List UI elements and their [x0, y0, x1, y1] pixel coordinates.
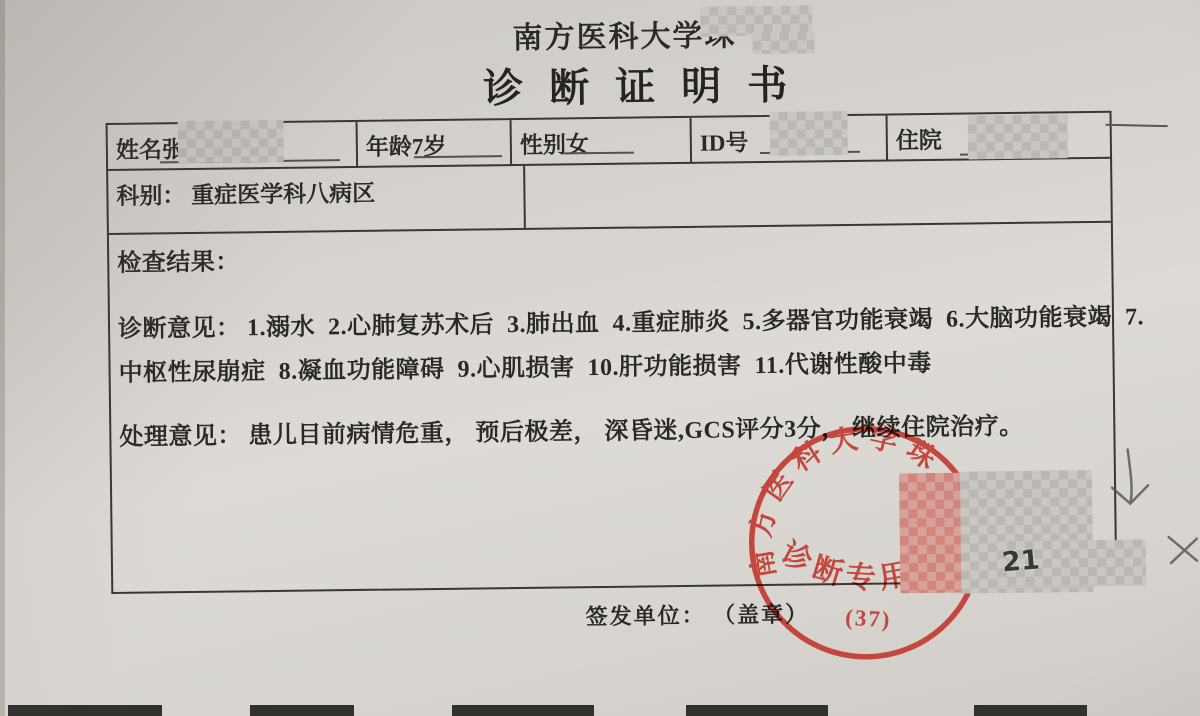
redaction-patch-id — [769, 111, 848, 156]
handwriting-marks — [1100, 441, 1200, 577]
stamp-number: (37) — [845, 605, 893, 633]
age-cell: 年龄7岁 — [358, 120, 513, 166]
redaction-patch-header2 — [752, 31, 814, 54]
certificate-title: 诊 断 证 明 书 — [483, 54, 796, 115]
dates-cell: 入院日期： 2021年08月03日 出院日期： — [525, 159, 1111, 228]
photo-edge-segment — [8, 705, 162, 716]
photo-edge-segment — [686, 705, 828, 716]
diagnosis-text-line2: 中枢性尿崩症 8.凝血功能障碍 9.心肌损害 10.肝功能损害 11.代谢性酸中… — [118, 343, 932, 388]
department-cell: 科别： 重症医学科八病区 — [108, 166, 526, 233]
photo-edge-segment — [452, 705, 594, 716]
document-photo: 南方医科大学珠 诊 断 证 明 书 姓名张 年龄7岁 性别女 ID号 住院 科别… — [0, 0, 1200, 716]
exam-results-label: 检查结果： — [117, 241, 240, 277]
redaction-patch-stamp-left — [899, 473, 964, 594]
partial-number: 21 — [1001, 544, 1041, 578]
paper-edge-shadow — [0, 0, 5, 716]
photo-edge-segment — [250, 705, 354, 716]
table-row: 科别： 重症医学科八病区 入院日期： 2021年08月03日 出院日期： — [108, 159, 1111, 235]
photo-edge-segment — [974, 705, 1087, 716]
stray-pen-line — [1106, 124, 1168, 127]
diagnosis-text-line1: 诊断意见： 1.溺水 2.心肺复苏术后 3.肺出血 4.重症肺炎 5.多器官功能… — [118, 296, 1144, 344]
redaction-patch-name — [178, 120, 285, 163]
redaction-patch-admission-no — [968, 114, 1069, 159]
gender-cell: 性别女 — [512, 118, 693, 164]
certificate-sheet: 南方医科大学珠 诊 断 证 明 书 姓名张 年龄7岁 性别女 ID号 住院 科别… — [0, 0, 1200, 716]
